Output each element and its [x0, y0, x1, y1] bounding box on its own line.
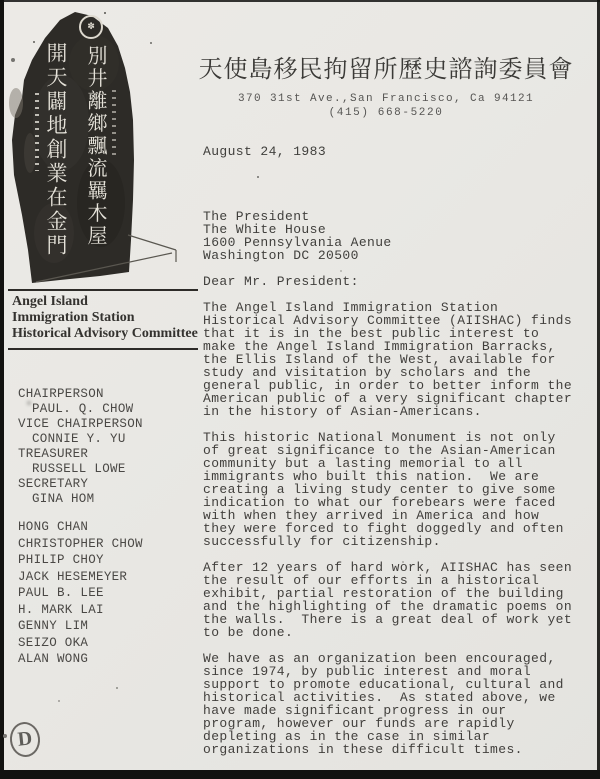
member-name: PAUL B. LEE	[18, 585, 143, 602]
letter-paragraph: This historic National Monument is not o…	[203, 431, 585, 548]
member-name: ALAN WONG	[18, 651, 143, 668]
recipient-address: The President The White House 1600 Penns…	[203, 210, 392, 262]
officer-name: GINA HOM	[18, 492, 143, 507]
stamp-mark: D	[8, 721, 41, 759]
letter-paragraph: We have as an organization been encourag…	[203, 652, 585, 756]
member-name: HONG CHAN	[18, 519, 143, 536]
scan-border-left	[0, 0, 4, 779]
caption-rule-bottom	[8, 348, 198, 350]
letterhead: 天使島移民拘留所歷史諮詢委員會 370 31st Ave.,San Franci…	[180, 54, 592, 119]
letter-body: The Angel Island Immigration Station His…	[203, 301, 585, 769]
member-name: H. MARK LAI	[18, 602, 143, 619]
monument-small-inscription-2	[112, 90, 116, 158]
member-name: CHRISTOPHER CHOW	[18, 536, 143, 553]
officer-role: SECRETARY	[18, 477, 143, 492]
letterhead-chinese-title: 天使島移民拘留所歷史諮詢委員會	[180, 54, 592, 84]
salutation: Dear Mr. President:	[203, 274, 359, 289]
letter-paragraph: After 12 years of hard work, AIISHAC has…	[203, 561, 585, 639]
monument-emblem-icon: ✽	[79, 15, 103, 39]
committee-members-list: HONG CHANCHRISTOPHER CHOWPHILIP CHOYJACK…	[18, 519, 143, 668]
officer-entry: TREASURER RUSSELL LOWE	[18, 447, 143, 477]
organization-name: Angel Island Immigration Station Histori…	[8, 291, 198, 346]
sidebar-caption: Angel Island Immigration Station Histori…	[8, 289, 198, 350]
officer-entry: SECRETARY GINA HOM	[18, 477, 143, 507]
officer-role: CHAIRPERSON	[18, 387, 143, 402]
member-name: GENNY LIM	[18, 618, 143, 635]
officer-name: PAUL. Q. CHOW	[18, 402, 143, 417]
officer-role: TREASURER	[18, 447, 143, 462]
letterhead-phone: (415) 668-5220	[180, 107, 592, 119]
letterhead-address: 370 31st Ave.,San Francisco, Ca 94121	[180, 93, 592, 105]
officer-entry: CHAIRPERSON PAUL. Q. CHOW	[18, 387, 143, 417]
officer-role: VICE CHAIRPERSON	[18, 417, 143, 432]
letter-paragraph: The Angel Island Immigration Station His…	[203, 301, 585, 418]
member-name: PHILIP CHOY	[18, 552, 143, 569]
officer-entry: VICE CHAIRPERSON CONNIE Y. YU	[18, 417, 143, 447]
letter-date: August 24, 1983	[203, 144, 326, 159]
officer-name: RUSSELL LOWE	[18, 462, 143, 477]
scanned-letter-page: ✽ 別井離鄉飄流羈木屋 開天闢地創業在金門 Angel Island Immig…	[0, 0, 600, 779]
committee-officers-list: CHAIRPERSON PAUL. Q. CHOW VICE CHAIRPERS…	[18, 387, 143, 507]
officer-name: CONNIE Y. YU	[18, 432, 143, 447]
scan-noise-specks	[0, 0, 2, 2]
scan-border-top	[0, 0, 600, 2]
monument-inscription-left: 開天闢地創業在金門	[44, 42, 71, 258]
member-name: JACK HESEMEYER	[18, 569, 143, 586]
member-name: SEIZO OKA	[18, 635, 143, 652]
monument-inscription-right: 別井離鄉飄流羈木屋	[85, 45, 111, 248]
monument-photo: ✽ 別井離鄉飄流羈木屋 開天闢地創業在金門	[6, 8, 186, 298]
monument-small-inscription	[35, 93, 39, 171]
scan-border-bottom	[0, 770, 600, 779]
